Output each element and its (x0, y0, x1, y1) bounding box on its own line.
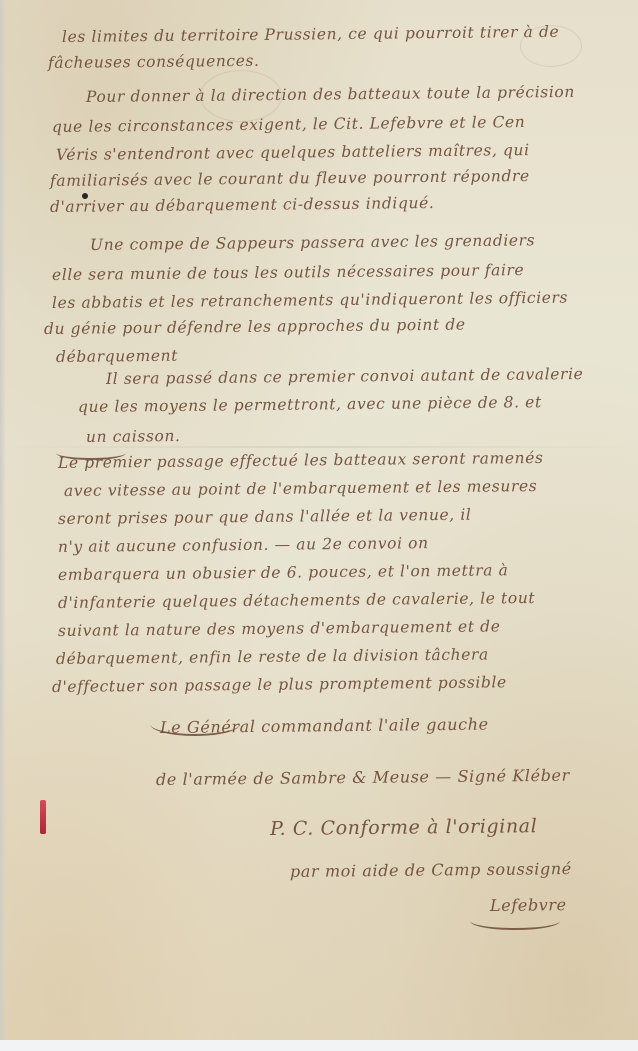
flourish-stroke (56, 446, 126, 460)
handwritten-line: débarquement (56, 347, 178, 366)
handwritten-line: d'effectuer son passage le plus promptem… (52, 673, 507, 696)
handwritten-line: fâcheuses conséquences. (48, 52, 260, 72)
handwritten-line: un caisson. (86, 427, 181, 446)
flourish-stroke (150, 712, 240, 736)
handwritten-line: n'y ait aucune confusion. — au 2e convoi… (58, 534, 429, 556)
scan-bottom-margin (0, 1040, 638, 1051)
handwritten-line: Pour donner à la direction des batteaux … (86, 83, 575, 106)
handwritten-line: Il sera passé dans ce premier convoi aut… (106, 365, 584, 388)
handwritten-line: suivant la nature des moyens d'embarquem… (58, 617, 501, 640)
handwritten-line: débarquement, enfin le reste de la divis… (56, 645, 489, 668)
handwritten-line: que les circonstances exigent, le Cit. L… (52, 113, 526, 136)
handwritten-line: Une compe de Sappeurs passera avec les g… (90, 231, 535, 254)
handwritten-line: avec vitesse au point de l'embarquement … (64, 477, 537, 500)
handwritten-line: les limites du territoire Prussien, ce q… (62, 23, 559, 46)
signature-flourish (470, 912, 560, 930)
handwritten-line: Véris s'entendront avec quelques batteli… (56, 141, 530, 164)
closing-line: P. C. Conforme à l'original (270, 815, 538, 840)
handwritten-line: du génie pour défendre les approches du … (44, 316, 466, 338)
handwritten-line: familiarisés avec le courant du fleuve p… (50, 167, 530, 190)
handwritten-line: elle sera munie de tous les outils néces… (52, 261, 524, 284)
handwritten-line: embarquera un obusier de 6. pouces, et l… (58, 561, 509, 584)
red-seal-mark (40, 800, 46, 834)
handwritten-line: seront prises pour que dans l'allée et l… (58, 506, 472, 528)
closing-line: par moi aide de Camp soussigné (290, 859, 572, 881)
ink-blot (82, 193, 88, 199)
page-left-edge (0, 0, 6, 1043)
letter-page: les limites du territoire Prussien, ce q… (0, 0, 638, 1043)
handwritten-line: d'arriver au débarquement ci-dessus indi… (50, 194, 435, 216)
handwritten-line: d'infanterie quelques détachements de ca… (58, 589, 535, 612)
closing-line: de l'armée de Sambre & Meuse — Signé Klé… (156, 766, 570, 789)
handwritten-line: Le premier passage effectué les batteaux… (58, 449, 544, 472)
handwritten-line: que les moyens le permettront, avec une … (78, 393, 542, 416)
handwritten-line: les abbatis et les retranchements qu'ind… (52, 289, 568, 312)
